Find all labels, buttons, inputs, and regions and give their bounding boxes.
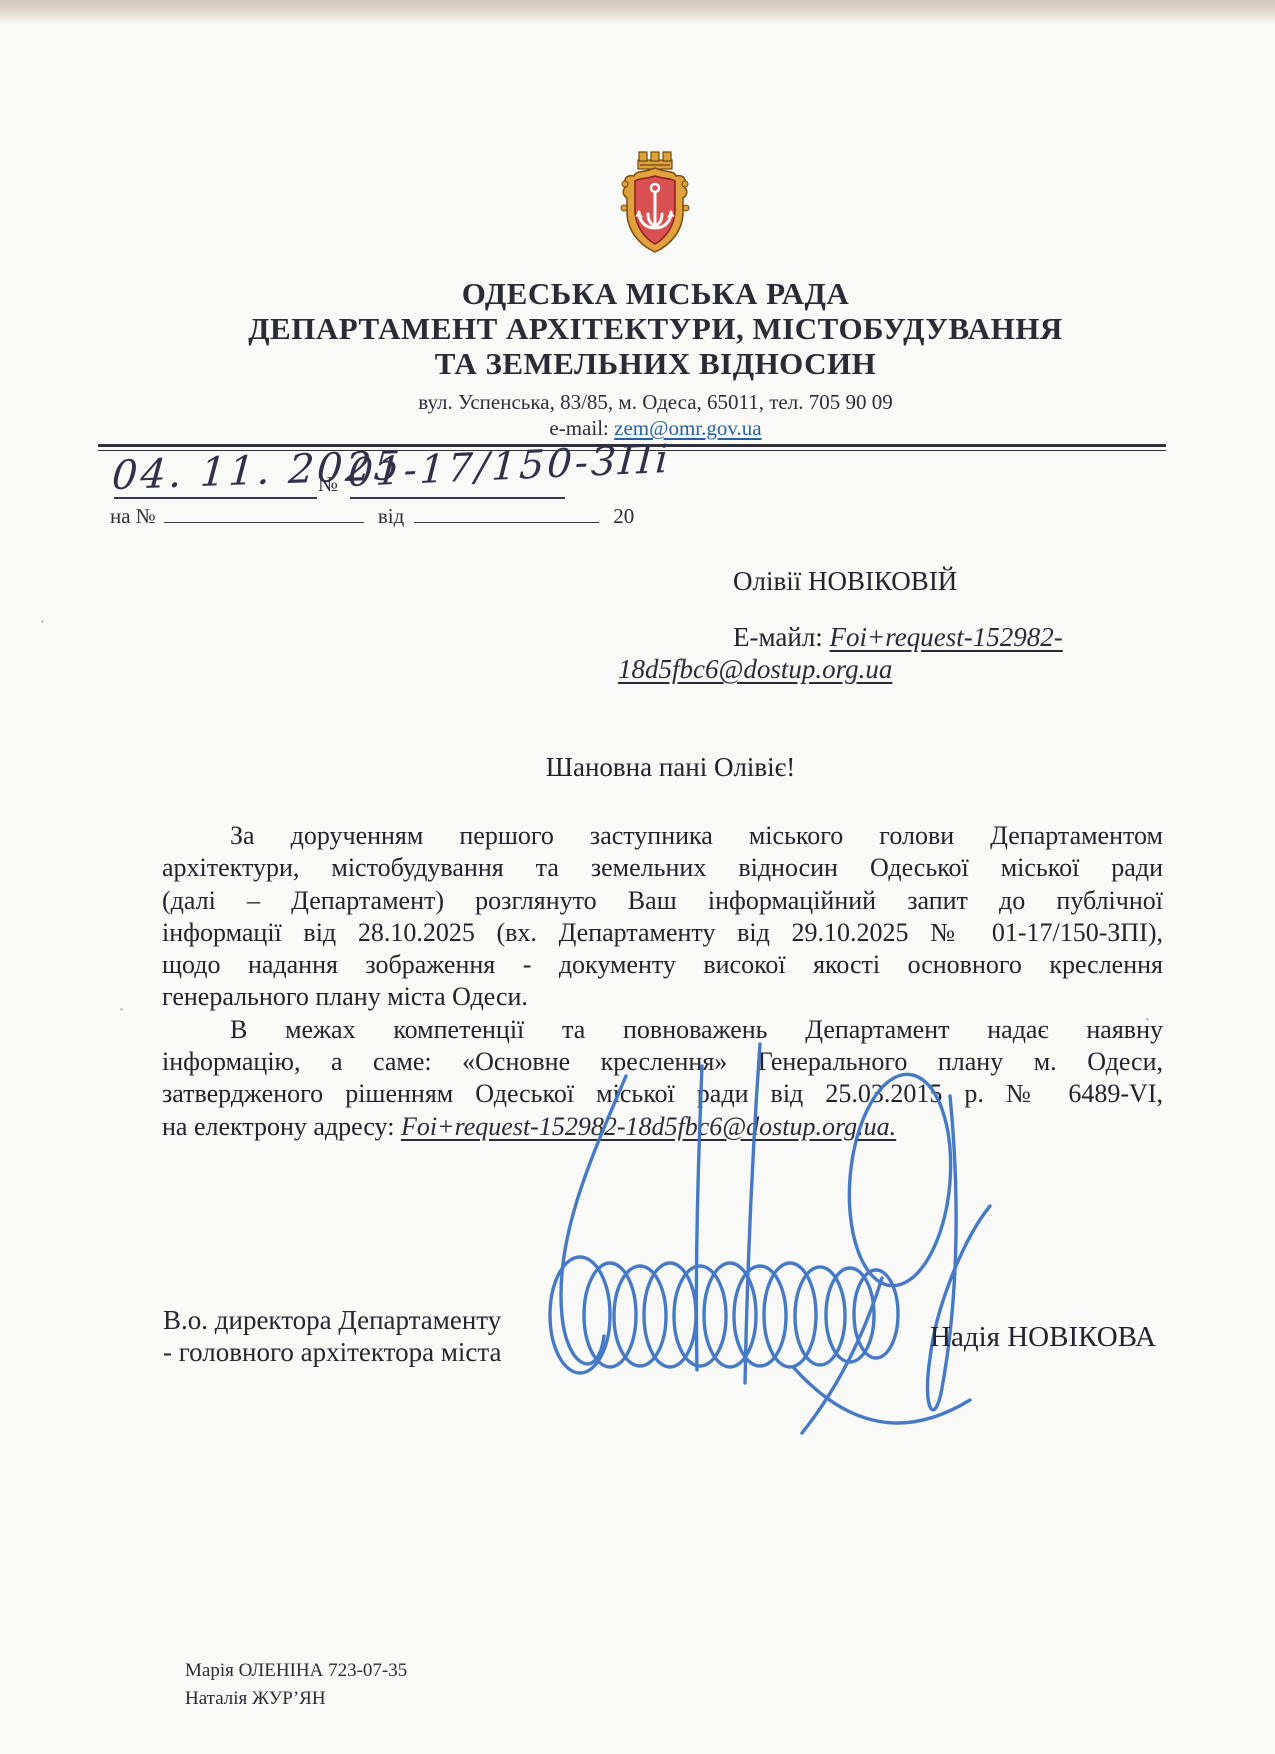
scanner-edge-shadow	[0, 0, 1275, 24]
recipient-name: Олівії НОВІКОВІЙ	[733, 566, 957, 597]
org-email-link: zem@omr.gov.ua	[614, 416, 761, 440]
body-text-line: (далі – Департамент) розглянуто Ваш інфо…	[162, 885, 1163, 917]
recipient-email-label: Е-майл:	[733, 622, 823, 652]
year-prefix: 20	[613, 504, 634, 528]
pen-signature-scribble	[430, 1038, 1010, 1458]
odesa-coat-of-arms-icon	[608, 148, 702, 260]
date-underline	[114, 497, 317, 499]
body-text-line: щодо надання зображення - документу висо…	[162, 949, 1163, 981]
signer-title-line2: - головного архітектора міста	[163, 1337, 502, 1368]
recipient-email-line1: Е-майл: Foi+request-152982-	[733, 622, 1063, 653]
scan-speck	[41, 620, 44, 623]
number-underline	[350, 497, 565, 499]
reply-reference-row: на №від20	[110, 504, 634, 529]
reply-number-blank	[164, 504, 364, 523]
org-name: ОДЕСЬКА МІСЬКА РАДА	[18, 276, 1275, 312]
paragraph-1: За дорученням першого заступника міськог…	[162, 820, 1163, 1014]
email-address-label: на електрону адресу:	[162, 1112, 401, 1141]
scan-speck	[120, 1008, 123, 1011]
body-text-line: За дорученням першого заступника міськог…	[162, 820, 1163, 852]
body-text-line: інформації від 28.10.2025 (вх. Департаме…	[162, 917, 1163, 949]
recipient-email-part1: Foi+request-152982-	[830, 622, 1063, 652]
executor-line2: Наталія ЖУР’ЯН	[185, 1688, 326, 1710]
number-sign: №	[318, 472, 338, 497]
signer-title-line1: В.о. директора Департаменту	[163, 1305, 501, 1336]
recipient-email-part2: 18d5fbc6@dostup.org.ua	[618, 654, 892, 685]
executor-line1: Марія ОЛЕНІНА 723-07-35	[185, 1660, 407, 1682]
from-label: від	[378, 504, 404, 528]
org-department-line1: ДЕПАРТАМЕНТ АРХІТЕКТУРИ, МІСТОБУДУВАННЯ	[18, 311, 1275, 347]
salutation: Шановна пані Олівіє!	[33, 752, 1275, 783]
reply-label: на №	[110, 504, 156, 528]
scanned-letter-page: ОДЕСЬКА МІСЬКА РАДА ДЕПАРТАМЕНТ АРХІТЕКТ…	[0, 0, 1275, 1754]
org-department-line2: ТА ЗЕМЕЛЬНИХ ВІДНОСИН	[18, 346, 1275, 382]
email-label: e-mail:	[549, 416, 608, 440]
signer-name: Надія НОВІКОВА	[930, 1321, 1156, 1354]
reply-date-blank	[414, 504, 599, 523]
org-address: вул. Успенська, 83/85, м. Одеса, 65011, …	[18, 390, 1275, 415]
body-text-line: генерального плану міста Одеси.	[162, 981, 1163, 1013]
body-text-line: архітектури, містобудування та земельних…	[162, 852, 1163, 884]
scan-speck	[1146, 1018, 1149, 1021]
